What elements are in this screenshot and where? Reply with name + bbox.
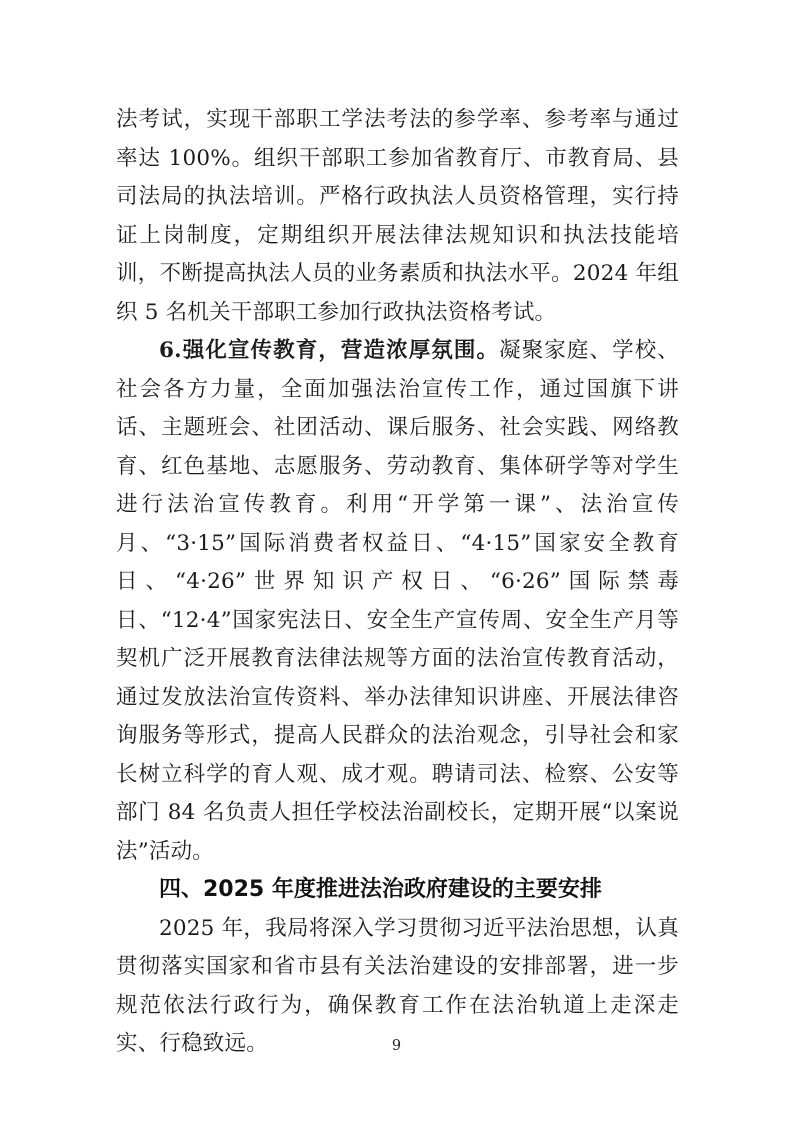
section-heading-4: 四、2025 年度推进法治政府建设的主要安排: [116, 871, 679, 910]
paragraph-2025-plan-text: 2025 年，我局将深入学习贯彻习近平法治思想，认真贯彻落实国家和省市县有关法治…: [116, 916, 679, 1057]
page-number: 9: [0, 1036, 793, 1056]
page-body: 法考试，实现干部职工学法考法的参学率、参考率与通过率达 100%。组织干部职工参…: [116, 101, 679, 1064]
document-page: 法考试，实现干部职工学法考法的参学率、参考率与通过率达 100%。组织干部职工参…: [0, 0, 793, 1122]
paragraph-item-6: 6.强化宣传教育，营造浓厚氛围。凝聚家庭、学校、社会各方力量，全面加强法治宣传工…: [116, 332, 679, 871]
paragraph-item-6-text: 凝聚家庭、学校、社会各方力量，全面加强法治宣传工作，通过国旗下讲话、主题班会、社…: [116, 338, 679, 864]
paragraph-item-6-lead: 6.强化宣传教育，营造浓厚氛围。: [159, 338, 499, 363]
paragraph-continuation: 法考试，实现干部职工学法考法的参学率、参考率与通过率达 100%。组织干部职工参…: [116, 101, 679, 332]
paragraph-continuation-text: 法考试，实现干部职工学法考法的参学率、参考率与通过率达 100%。组织干部职工参…: [116, 107, 679, 325]
